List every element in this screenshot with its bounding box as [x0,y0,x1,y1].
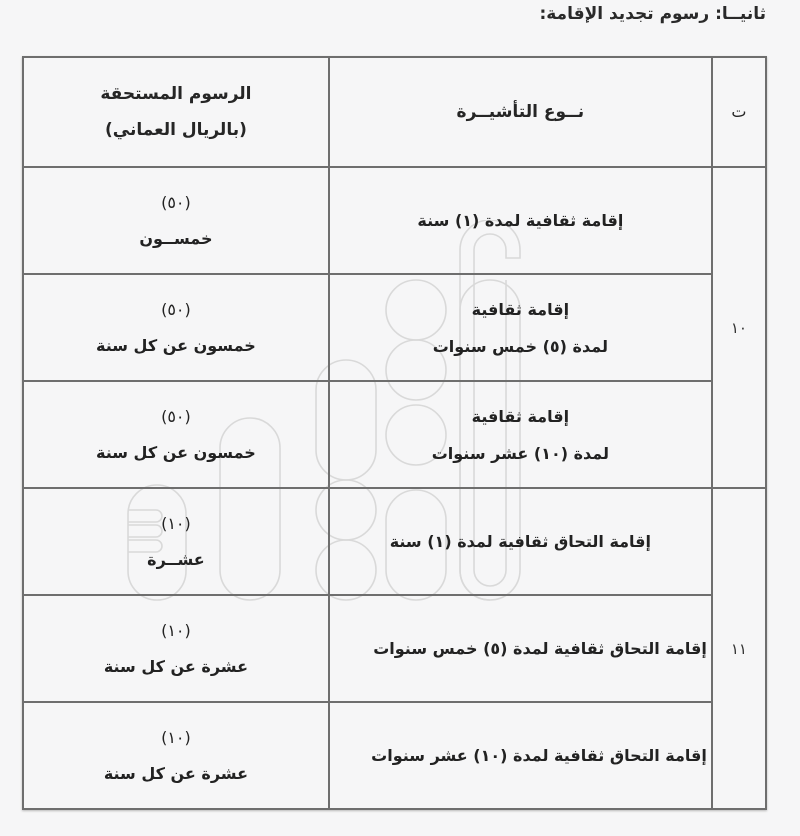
renewal-fees-table: ت نــوع التأشيــرة الرسوم المستحقة (بالر… [22,56,767,810]
visa-type-cell: إقامة التحاق ثقافية لمدة (١) سنة [329,488,712,595]
fee-words: خمســون [24,221,328,257]
table-row: إقامة ثقافية لمدة (١٠) عشر سنوات (٥٠) خم… [23,381,766,488]
visa-type-cell: إقامة التحاق ثقافية لمدة (١٠) عشر سنوات [329,702,712,809]
visa-type-line: لمدة (١٠) عشر سنوات [330,435,711,472]
visa-type-cell: إقامة ثقافية لمدة (١) سنة [329,167,712,274]
serial-cell: ١٠ [712,167,766,488]
fee-amount: (٥٠) [24,399,328,435]
fee-amount: (٥٠) [24,292,328,328]
table-row: ١١ إقامة التحاق ثقافية لمدة (١) سنة (١٠)… [23,488,766,595]
visa-type-line: إقامة ثقافية [330,398,711,435]
table-row: إقامة ثقافية لمدة (٥) خمس سنوات (٥٠) خمس… [23,274,766,381]
table-row: إقامة التحاق ثقافية لمدة (١٠) عشر سنوات … [23,702,766,809]
fee-cell: (٥٠) خمسون عن كل سنة [23,274,329,381]
fee-amount: (٥٠) [24,185,328,221]
visa-type-line: إقامة ثقافية لمدة (١) سنة [330,202,711,239]
header-fee: الرسوم المستحقة (بالريال العماني) [23,57,329,167]
fee-cell: (١٠) عشرة عن كل سنة [23,595,329,702]
fee-cell: (١٠) عشــرة [23,488,329,595]
fee-cell: (٥٠) خمسون عن كل سنة [23,381,329,488]
fee-cell: (٥٠) خمســون [23,167,329,274]
table-header-row: ت نــوع التأشيــرة الرسوم المستحقة (بالر… [23,57,766,167]
fee-words: خمسون عن كل سنة [24,435,328,471]
fee-words: خمسون عن كل سنة [24,328,328,364]
visa-type-cell: إقامة التحاق ثقافية لمدة (٥) خمس سنوات [329,595,712,702]
serial-cell: ١١ [712,488,766,809]
visa-type-line: إقامة التحاق ثقافية لمدة (١٠) عشر سنوات [330,737,707,774]
header-fee-currency: (بالريال العماني) [24,112,328,148]
visa-type-cell: إقامة ثقافية لمدة (١٠) عشر سنوات [329,381,712,488]
table-row: إقامة التحاق ثقافية لمدة (٥) خمس سنوات (… [23,595,766,702]
fee-amount: (١٠) [24,720,328,756]
header-fee-label: الرسوم المستحقة [24,76,328,112]
fee-amount: (١٠) [24,613,328,649]
section-title: ثانيــا: رسوم تجديد الإقامة: [539,4,766,24]
header-serial: ت [712,57,766,167]
visa-type-line: إقامة التحاق ثقافية لمدة (٥) خمس سنوات [330,630,707,667]
fee-words: عشرة عن كل سنة [24,649,328,685]
visa-type-line: إقامة ثقافية [330,291,711,328]
visa-type-line: إقامة التحاق ثقافية لمدة (١) سنة [330,523,711,560]
visa-type-line: لمدة (٥) خمس سنوات [330,328,711,365]
visa-type-cell: إقامة ثقافية لمدة (٥) خمس سنوات [329,274,712,381]
header-visa-type: نــوع التأشيــرة [329,57,712,167]
fee-amount: (١٠) [24,506,328,542]
table-row: ١٠ إقامة ثقافية لمدة (١) سنة (٥٠) خمســو… [23,167,766,274]
fee-words: عشرة عن كل سنة [24,756,328,792]
fee-cell: (١٠) عشرة عن كل سنة [23,702,329,809]
fee-words: عشــرة [24,542,328,578]
